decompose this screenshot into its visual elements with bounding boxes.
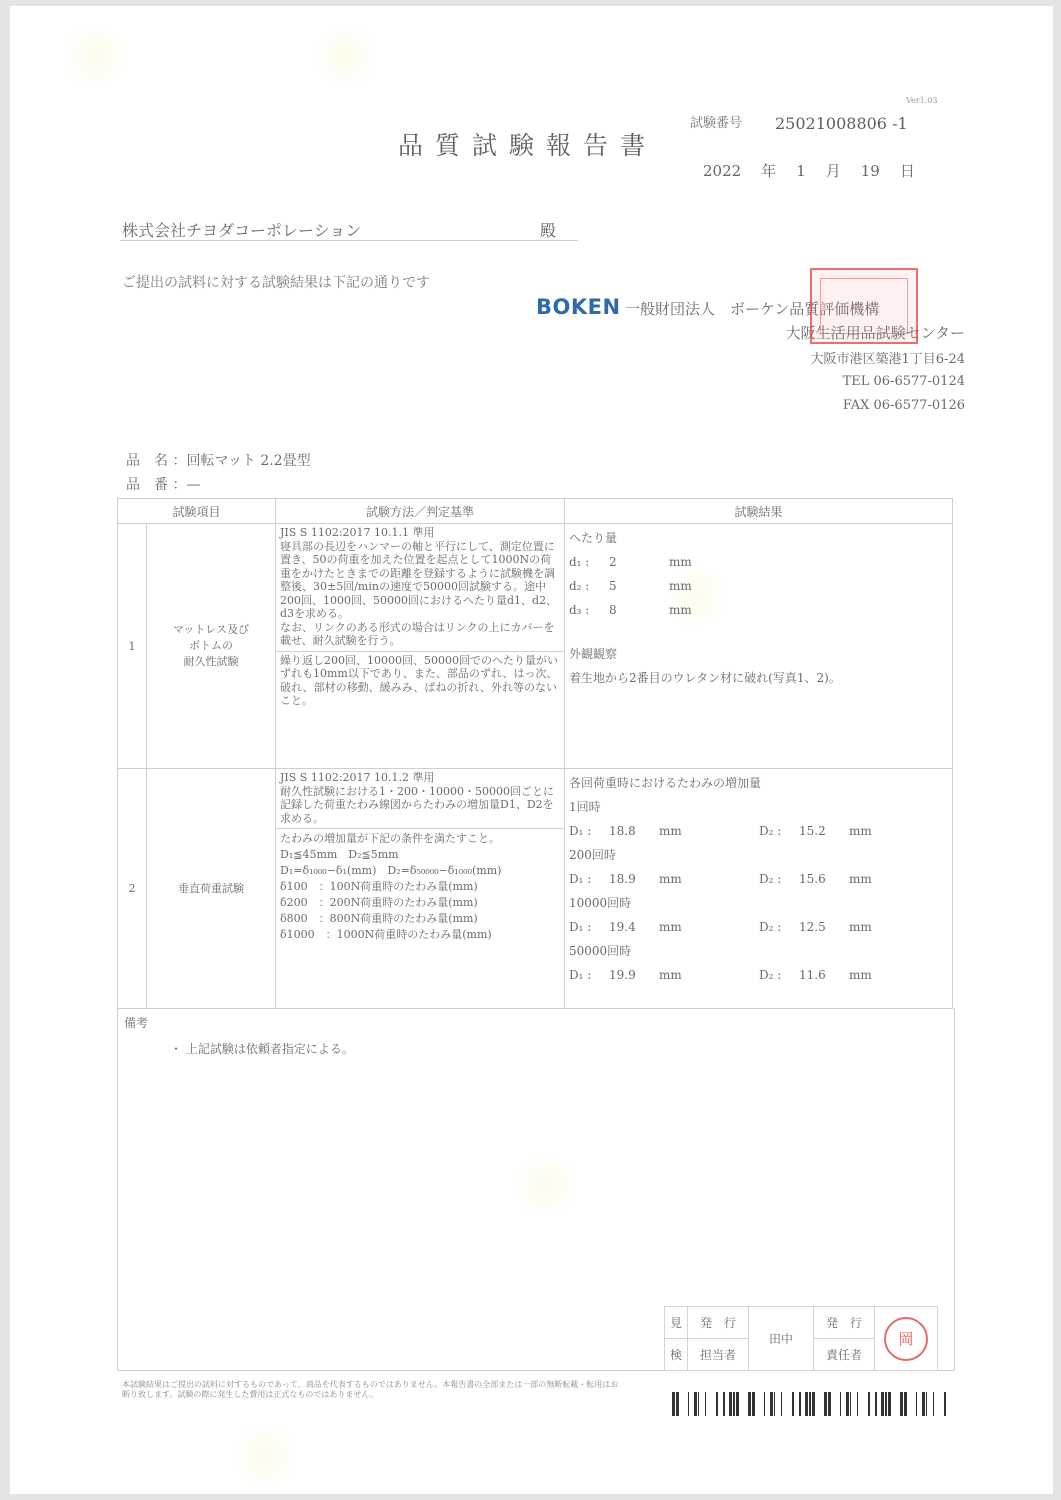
row-number: 2 [118,769,147,1009]
client-honorific: 殿 [540,218,556,241]
barcode-icon [670,1392,950,1416]
footer-disclaimer: 本試験結果はご提出の試料に対するものであって、商品を代表するものではありません。… [122,1380,622,1400]
group-label: 200回時 [569,843,948,867]
boken-logo: BOKEN [536,295,621,319]
group-values: D₁ :19.4mmD₂ :12.5mm [569,915,948,939]
hanko-seal-icon: 岡 [884,1317,928,1361]
issuer-tel: TEL 06-6577-0124 [843,374,965,389]
results-table: 試験項目 試験方法／判定基準 試験結果 1 マットレス及び ボトムの 耐久性試験… [117,498,953,1009]
header-result: 試験結果 [565,499,953,524]
approval-stamp-box: 見 発 行 田中 発 行 岡 検 担当者 責任者 [664,1306,938,1371]
client-underline [120,240,578,241]
group-values: D₁ :18.9mmD₂ :15.6mm [569,867,948,891]
header-method: 試験方法／判定基準 [276,499,565,524]
test-result: 各回荷重時におけるたわみの増加量 1回時D₁ :18.8mmD₂ :15.2mm… [565,769,953,1009]
product-name: 品 名 ：回転マット 2.2畳型 [126,450,311,470]
version-label: Ver1.03 [906,96,937,105]
table-header: 試験項目 試験方法／判定基準 試験結果 [118,499,953,524]
issuer-fax: FAX 06-6577-0126 [843,398,965,413]
header-item: 試験項目 [118,499,276,524]
row-number: 1 [118,524,147,769]
table-row: 1 マットレス及び ボトムの 耐久性試験 JIS S 1102:2017 10.… [118,524,953,769]
test-result: へたり量 d₁ :2mm d₂ :5mm d₃ :8mm 外観観察 着生地から2… [565,524,953,769]
test-item: 垂直荷重試験 [147,769,276,1009]
test-method: JIS S 1102:2017 10.1.2 準用 耐久性試験における1・200… [276,769,565,1009]
test-item: マットレス及び ボトムの 耐久性試験 [147,524,276,769]
table-row: 2 垂直荷重試験 JIS S 1102:2017 10.1.2 準用 耐久性試験… [118,769,953,1009]
test-number: 25021008806 -1 [775,114,908,133]
intro-text: ご提出の試料に対する試験結果は下記の通りです [122,272,430,292]
criteria: たわみの増加量が下記の条件を満たすこと。 D₁≦45mm D₂≦5mm D₁=δ… [276,828,564,943]
issue-date: 2022年1月19日 [703,160,935,181]
group-label: 50000回時 [569,939,948,963]
issuer-address: 大阪市港区築港1丁目6-24 [811,348,965,367]
group-values: D₁ :19.9mmD₂ :11.6mm [569,963,948,987]
group-label: 1回時 [569,795,948,819]
product-number: 品 番 ：— [126,474,200,494]
test-number-label: 試験番号 [690,112,742,131]
official-seal-icon [810,268,918,344]
document-title: 品質試験報告書 [398,126,657,162]
client-name: 株式会社チヨダコーポレーション [122,218,361,241]
criteria: 繰り返し200回、10000回、50000回でのへたり量がいずれも10mm以下で… [276,651,564,708]
staff-name: 田中 [749,1307,814,1371]
test-method: JIS S 1102:2017 10.1.1 準用 寝具部の長辺をハンマーの軸と… [276,524,565,769]
notes-item: ・ 上記試験は依頼者指定による。 [170,1040,354,1057]
notes-title: 備考 [124,1014,148,1031]
deflection-groups: 1回時D₁ :18.8mmD₂ :15.2mm200回時D₁ :18.9mmD₂… [569,795,948,987]
group-label: 10000回時 [569,891,948,915]
group-values: D₁ :18.8mmD₂ :15.2mm [569,819,948,843]
